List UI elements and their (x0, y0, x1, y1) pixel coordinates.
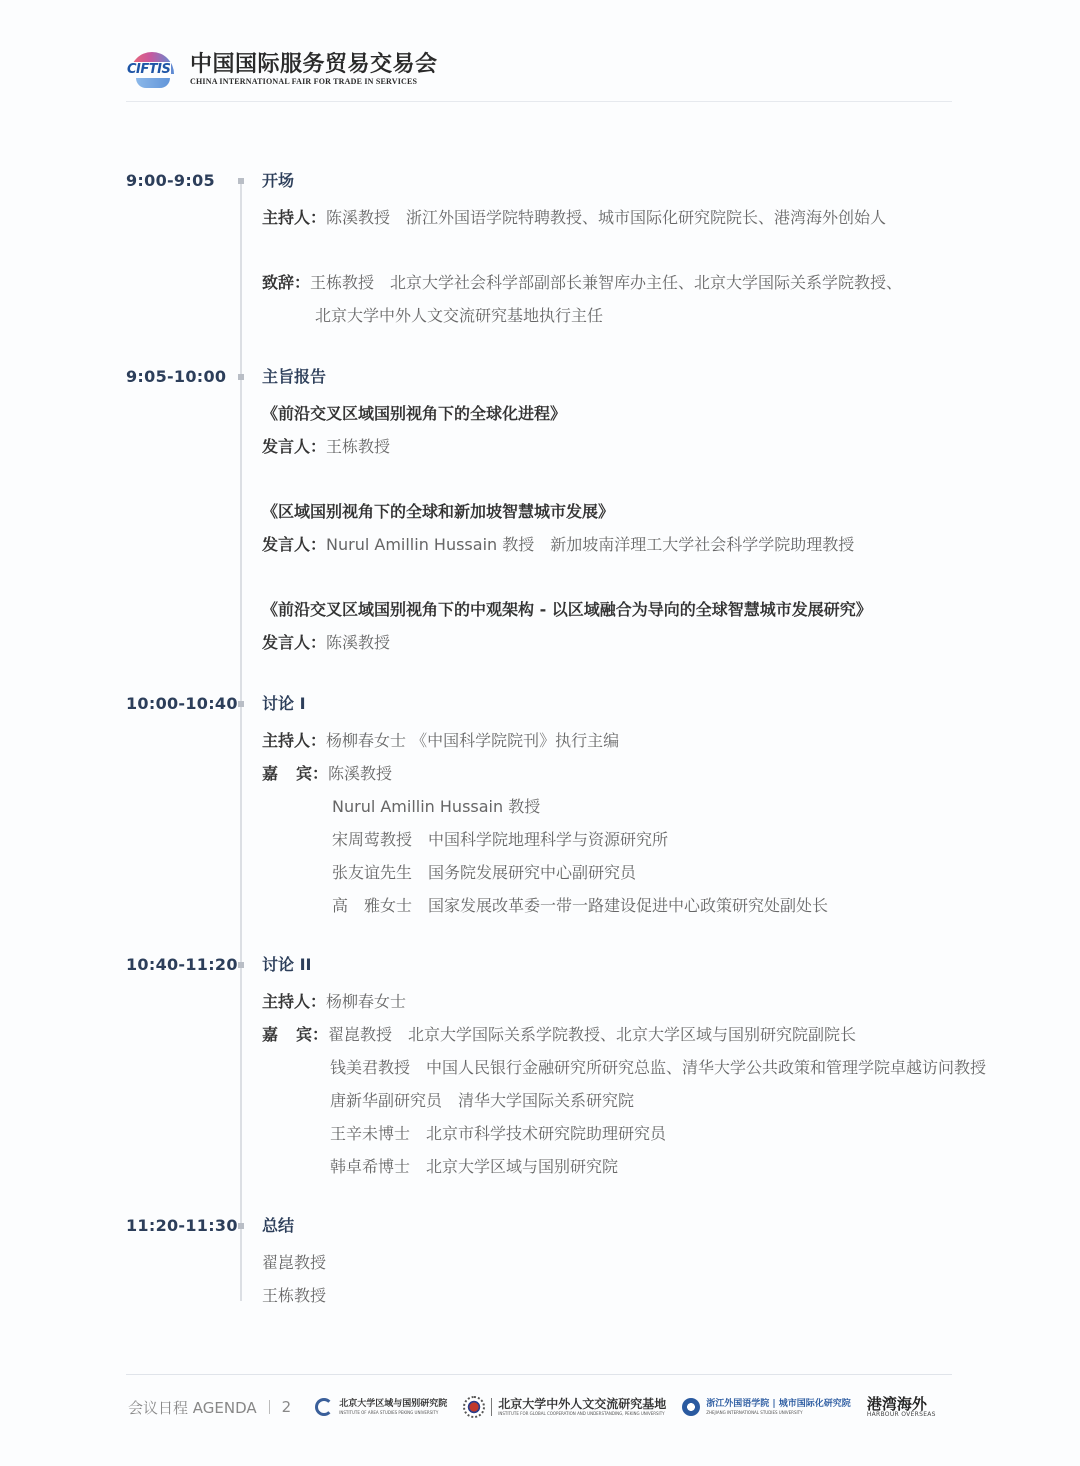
pku-area-emblem-icon (315, 1398, 333, 1416)
speech-text: 王栋教授 北京大学社会科学部副部长兼智库办主任、北京大学国际关系学院教授、 (310, 273, 902, 292)
talk-title: 《前沿交叉区域国别视角下的中观架构 - 以区域融合为导向的全球智慧城市发展研究》 (262, 593, 872, 626)
host-label: 主持人： (262, 992, 326, 1011)
host-text: 杨柳春女士 《中国科学院院刊》执行主编 (326, 731, 619, 750)
slot-time: 9:00-9:05 (126, 171, 215, 191)
speaker-label: 发言人： (262, 633, 326, 652)
partner-logo-harbour-overseas: 港湾海外 HARBOUR OVERSEAS (867, 1396, 936, 1418)
ciftis-logo: CIFTIS (126, 50, 180, 90)
host-line: 主持人：杨柳春女士 (262, 985, 986, 1018)
guests-label-a: 嘉 (262, 1025, 278, 1044)
page-number: 2 (282, 1398, 292, 1416)
timeline-marker-icon (238, 1223, 244, 1229)
guests-label-a: 嘉 (262, 764, 278, 783)
guest: 韩卓希博士 北京大学区域与国别研究院 (262, 1150, 986, 1183)
guest: 王辛未博士 北京市科学技术研究院助理研究员 (262, 1117, 986, 1150)
talk-title: 《前沿交叉区域国别视角下的全球化进程》 (262, 397, 872, 430)
slot-content: 主旨报告 《前沿交叉区域国别视角下的全球化进程》 发言人：王栋教授 《区域国别视… (262, 367, 872, 659)
footer-separator (269, 1400, 270, 1414)
brand-title-en: CHINA INTERNATIONAL FAIR FOR TRADE IN SE… (190, 77, 438, 87)
host-label: 主持人： (262, 731, 326, 750)
speech-line: 致辞：王栋教授 北京大学社会科学部副部长兼智库办主任、北京大学国际关系学院教授、 (262, 266, 902, 299)
slot-time: 10:00-10:40 (126, 694, 238, 714)
partner-name-en: INSTITUTE FOR GLOBAL COOPERATION AND UND… (498, 1411, 666, 1417)
guest: 钱美君教授 中国人民银行金融研究所研究总监、清华大学公共政策和管理学院卓越访问教… (262, 1051, 986, 1084)
slot-content: 开场 主持人：陈溪教授 浙江外国语学院特聘教授、城市国际化研究院院长、港湾海外创… (262, 171, 902, 332)
slot-time: 9:05-10:00 (126, 367, 226, 387)
summary-person: 王栋教授 (262, 1279, 326, 1312)
slot-content: 讨论 I 主持人：杨柳春女士 《中国科学院院刊》执行主编 嘉宾：陈溪教授 Nur… (262, 694, 828, 922)
speaker-text: 王栋教授 (326, 437, 390, 456)
footer: 会议日程 AGENDA 2 北京大学区域与国别研究院 INSTITUTE OF … (128, 1393, 958, 1421)
slot-title: 讨论 II (262, 955, 986, 975)
guests-line: 嘉宾：陈溪教授 (262, 757, 828, 790)
summary-person: 翟崑教授 (262, 1246, 326, 1279)
host-line: 主持人：陈溪教授 浙江外国语学院特聘教授、城市国际化研究院院长、港湾海外创始人 (262, 201, 902, 234)
speech-line-cont: 北京大学中外人文交流研究基地执行主任 (262, 299, 902, 332)
timeline-marker-icon (238, 374, 244, 380)
slot-content: 总结 翟崑教授 王栋教授 (262, 1216, 326, 1312)
guests-label-b: 宾： (296, 1025, 328, 1044)
speaker-label: 发言人： (262, 437, 326, 456)
timeline-marker-icon (238, 701, 244, 707)
slot-time: 11:20-11:30 (126, 1216, 238, 1236)
guest: 宋周莺教授 中国科学院地理科学与资源研究所 (262, 823, 828, 856)
guests-label-b: 宾： (296, 764, 328, 783)
talk-title: 《区域国别视角下的全球和新加坡智慧城市发展》 (262, 495, 872, 528)
partner-name-en: ZHEJIANG INTERNATIONAL STUDIES UNIVERSIT… (706, 1410, 851, 1416)
slot-time: 10:40-11:20 (126, 955, 238, 975)
header: CIFTIS 中国国际服务贸易交易会 CHINA INTERNATIONAL F… (126, 48, 438, 92)
zisu-emblem-icon (682, 1398, 700, 1416)
slot-title: 讨论 I (262, 694, 828, 714)
guest: 陈溪教授 (328, 764, 392, 783)
speaker-line: 发言人：王栋教授 (262, 430, 872, 463)
partner-name-cn: 浙江外国语学院 (706, 1399, 769, 1409)
guest: 唐新华副研究员 清华大学国际关系研究院 (262, 1084, 986, 1117)
slot-title: 主旨报告 (262, 367, 872, 387)
logo-text: CIFTIS (126, 62, 171, 77)
guest: Nurul Amillin Hussain 教授 (262, 790, 828, 823)
slot-title: 总结 (262, 1216, 326, 1236)
header-divider (126, 101, 952, 102)
speaker-line: 发言人：陈溪教授 (262, 626, 872, 659)
host-label: 主持人： (262, 208, 326, 227)
partner-name-cn: 北京大学区域与国别研究院 (339, 1399, 447, 1410)
pku-igcu-emblem-icon (463, 1396, 485, 1418)
speaker-text: 陈溪教授 (326, 633, 390, 652)
timeline-marker-icon (238, 962, 244, 968)
guest: 翟崑教授 北京大学国际关系学院教授、北京大学区域与国别研究院副院长 (328, 1025, 856, 1044)
speaker-line: 发言人：Nurul Amillin Hussain 教授 新加坡南洋理工大学社会… (262, 528, 872, 561)
partner-logo-pku-area-studies: 北京大学区域与国别研究院 INSTITUTE OF AREA STUDIES P… (315, 1398, 447, 1416)
partner-name-cn: 港湾海外 (867, 1396, 936, 1412)
host-text: 陈溪教授 浙江外国语学院特聘教授、城市国际化研究院院长、港湾海外创始人 (326, 208, 886, 227)
partner-logo-zisu: 浙江外国语学院 | 城市国际化研究院 ZHEJIANG INTERNATIONA… (682, 1398, 851, 1416)
timeline-line (240, 181, 242, 1301)
timeline-marker-icon (238, 178, 244, 184)
footer-label: 会议日程 AGENDA (128, 1397, 257, 1418)
partner-name-en: HARBOUR OVERSEAS (867, 1412, 936, 1418)
partner-name-en: INSTITUTE OF AREA STUDIES PEKING UNIVERS… (339, 1410, 447, 1416)
speaker-text: Nurul Amillin Hussain 教授 新加坡南洋理工大学社会科学学院… (326, 535, 854, 554)
partner-name-cn2: 城市国际化研究院 (779, 1399, 851, 1409)
slot-content: 讨论 II 主持人：杨柳春女士 嘉宾：翟崑教授 北京大学国际关系学院教授、北京大… (262, 955, 986, 1183)
partner-logo-pku-igcu: 北京大学中外人文交流研究基地 INSTITUTE FOR GLOBAL COOP… (463, 1396, 666, 1418)
brand-title-cn: 中国国际服务贸易交易会 (190, 53, 438, 77)
partner-name-cn: 北京大学中外人文交流研究基地 (498, 1397, 666, 1411)
speech-label: 致辞： (262, 273, 310, 292)
guest: 高 雅女士 国家发展改革委一带一路建设促进中心政策研究处副处长 (262, 889, 828, 922)
brand: 中国国际服务贸易交易会 CHINA INTERNATIONAL FAIR FOR… (190, 53, 438, 87)
host-line: 主持人：杨柳春女士 《中国科学院院刊》执行主编 (262, 724, 828, 757)
host-text: 杨柳春女士 (326, 992, 406, 1011)
slot-title: 开场 (262, 171, 902, 191)
logo-wave-icon (136, 78, 170, 88)
guests-line: 嘉宾：翟崑教授 北京大学国际关系学院教授、北京大学区域与国别研究院副院长 (262, 1018, 986, 1051)
guest: 张友谊先生 国务院发展研究中心副研究员 (262, 856, 828, 889)
speaker-label: 发言人： (262, 535, 326, 554)
footer-divider (126, 1374, 952, 1375)
